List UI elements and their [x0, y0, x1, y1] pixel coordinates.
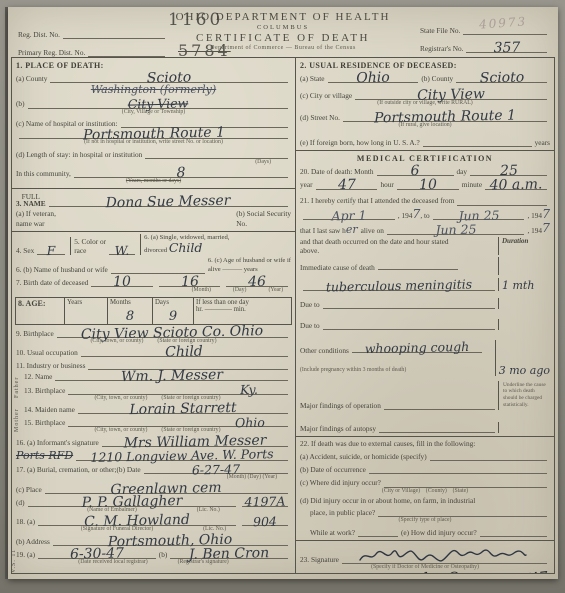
embalmer-field: P. P. Gallagher [28, 496, 236, 507]
last-saw-year-digit: 7 [542, 222, 550, 235]
alive-on-label: alive on [361, 226, 384, 235]
age-days-value: 9 [169, 309, 177, 324]
registrar-sig-field: J. Ben Cron [170, 548, 288, 559]
injury-place-field [378, 506, 547, 517]
community-field: 8 [74, 167, 288, 178]
certificate-title: CERTIFICATE OF DEATH [128, 32, 438, 44]
residence-county-value: Scioto [479, 71, 524, 86]
header-title-block: OHIO DEPARTMENT OF HEALTH COLUMBUS CERTI… [128, 11, 438, 51]
age-box: 8. AGE: Years Months8 Days9 If less than… [15, 297, 292, 325]
immediate-cause-value: tuberculous meningitis [326, 279, 472, 295]
accident-field [430, 450, 547, 461]
industry-label: 11. Industry or business [16, 361, 85, 370]
duration-cell [498, 257, 550, 275]
date-signed-value: 6/26/47 [493, 570, 548, 573]
death-day-label: day [457, 167, 468, 176]
other-conditions-label: Other conditions [300, 346, 349, 355]
year-prefix-3: , 194 [527, 226, 542, 235]
sex-field: F [37, 244, 65, 255]
death-hour-value: 10 [419, 177, 437, 191]
autopsy-field [379, 422, 495, 433]
birthdate-month: 10 [113, 275, 131, 289]
fd-address-label: (b) Address [16, 537, 50, 546]
due-to-2-field [323, 319, 495, 330]
age-days-cell: Days9 [152, 298, 193, 324]
residence-county-label: (b) County [421, 74, 453, 83]
hospital-value: Portsmouth Route 1 [82, 126, 224, 143]
father-name-field: Wm. J. Messer [55, 370, 288, 381]
hospital-field-2: Portsmouth Route 1 [19, 128, 288, 139]
injury-place-label-2: place, in public place? [300, 508, 375, 517]
birthplace-label: 9. Birthplace [16, 329, 54, 338]
other-conditions-field: whooping cough [352, 342, 482, 353]
full-name-field: Dona Sue Messer [49, 196, 288, 207]
death-year-label: year [300, 180, 313, 189]
other-conditions-sub: (Include pregnancy within 3 months of de… [300, 367, 406, 373]
registrar-no-label: Registrar's No. [420, 44, 463, 53]
death-date-label: 20. Date of death: Month [300, 167, 374, 176]
immediate-cause-field: tuberculous meningitis [303, 278, 495, 291]
certificate-scan: 1160 OHIO DEPARTMENT OF HEALTH COLUMBUS … [8, 7, 558, 579]
at-work-field [358, 526, 398, 537]
state-file-label: State File No. [420, 26, 460, 35]
informant-label: 16. (a) Informant's signature [16, 438, 99, 447]
attended-to-field: Jun 25 [433, 209, 525, 220]
bureau-label: Department of Commerce — Bureau of the C… [128, 45, 438, 51]
informant-address-strike: Ports RFD [16, 450, 73, 461]
medical-certification-title: MEDICAL CERTIFICATION [357, 154, 493, 163]
foreign-born-field [423, 136, 532, 147]
stay-field [145, 148, 288, 159]
residence-city-value: City View [417, 88, 485, 103]
stay-label: (d) Length of stay: in hospital or insti… [16, 150, 142, 159]
residence-state-field: Ohio [328, 72, 419, 83]
father-name-label: 12. Name [24, 372, 52, 381]
residence-street-label: (d) Street No. [300, 113, 340, 122]
county-label: (a) County [16, 74, 47, 83]
father-birthplace-label: 13. Birthplace [24, 386, 65, 395]
last-saw-value: Jun 25 [435, 224, 476, 237]
received-label: 19. (a) [16, 550, 35, 559]
immediate-cause-label: Immediate cause of death [300, 263, 375, 272]
color-race-label: 5. Color orrace [70, 237, 106, 255]
accident-label: (a) Accident, suicide, or homicide (spec… [300, 452, 427, 461]
section-divider [12, 231, 295, 232]
husband-wife-label: 6. (b) Name of husband or wife [16, 265, 108, 274]
fd-address-field: Portsmouth, Ohio [53, 535, 288, 546]
right-column: 2. USUAL RESIDENCE OF DECEASED: (a) Stat… [295, 58, 554, 573]
full-name-label: FULL3. NAME [16, 193, 46, 208]
injury-where-sub: (City or Village) (County) (State) [382, 488, 468, 494]
mother-birthplace-value: Ohio [235, 417, 265, 430]
her-handwritten: er [346, 224, 358, 235]
funeral-director-lic-value: 904 [253, 516, 277, 529]
due-1-duration-cell [498, 298, 550, 309]
birthplace-value: City View Scioto Co. Ohio [81, 324, 264, 342]
reg-dist-label: Reg. Dist. No. [18, 30, 60, 39]
external-causes-title: 22. If death was due to external causes,… [300, 439, 475, 448]
parents-block: Father Mother 12. NameWm. J. Messer 13. … [16, 370, 291, 433]
burial-date-value: 6-27-47 [192, 463, 240, 477]
left-column: V.S. 11 1. PLACE OF DEATH: (a) CountySci… [12, 58, 295, 573]
funeral-director-value: C. M. Howland [84, 513, 190, 529]
physician-address-value: W. Portsmouth - O [322, 571, 460, 573]
attended-to-value: Jun 25 [458, 209, 499, 222]
due-to-1-field [323, 298, 495, 309]
place-of-death-title: 1. PLACE OF DEATH: [16, 61, 104, 70]
informant-field: Mrs William Messer [102, 436, 288, 447]
duration-header: Duration [498, 237, 550, 255]
other-conditions-value: whooping cough [364, 341, 469, 356]
birthdate-month-field: 10 [91, 276, 153, 287]
residence-street-field: Portsmouth Route 1 [343, 111, 547, 122]
death-hour-label: hour [380, 180, 393, 189]
section-divider [12, 188, 295, 189]
death-minute-label: minute [462, 180, 482, 189]
mother-birthplace-label: 15. Birthplace [24, 418, 65, 427]
injury-where-label: (c) Where did injury occur? [300, 478, 381, 487]
years-label: years [535, 138, 550, 147]
husband-wife-field [111, 263, 205, 274]
section-divider [296, 540, 554, 541]
community-value: 8 [176, 166, 185, 180]
occupation-label: 10. Usual occupation [16, 348, 78, 357]
ssn-label: (b) Social SecurityNo. [236, 209, 291, 227]
year-sub: (Year) [268, 287, 283, 293]
attended-from-value: Apr 1 [331, 209, 366, 222]
day-sub: (Day) [233, 287, 247, 293]
occupation-field: Child [81, 346, 288, 357]
residence-state-label: (a) State [300, 74, 325, 83]
age-years-cell: Years [64, 298, 107, 324]
other-duration-cell: 3 mo ago [495, 340, 550, 376]
due-to-1-label: Due to [300, 300, 320, 309]
stay-sub: (Days) [255, 159, 271, 165]
physician-signature-label: 23. Signature [300, 555, 339, 564]
birthdate-day: 16 [181, 275, 199, 289]
spouse-age-label: 6. (c) Age of husband or wife ifalive ——… [208, 257, 291, 273]
last-saw-field: Jun 25 [387, 224, 525, 235]
section-divider [296, 436, 554, 437]
birthdate-year: 46 [248, 275, 266, 289]
community-label: In this community, [16, 169, 71, 178]
occurrence-date-label: (b) Date of occurrence [300, 465, 366, 474]
occupation-value: Child [165, 345, 203, 360]
burial-date-field: 6-27-47 [144, 463, 288, 474]
burial-date-label: (b) Date [117, 465, 141, 474]
burial-place-field: Greenlawn cem [45, 483, 288, 494]
father-birthplace-field: Ky. [68, 384, 288, 395]
death-minute-value: 40 a.m. [489, 177, 542, 192]
full-name-value: Dona Sue Messer [106, 194, 231, 211]
attended-to-year-digit: 7 [542, 208, 550, 221]
attended-from-field: Apr 1 [303, 209, 395, 220]
reg-dist-field [63, 28, 165, 39]
residence-street-value: Portsmouth Route 1 [374, 108, 516, 125]
received-date-field: 6-30-47 [38, 548, 156, 559]
physician-signature [358, 547, 528, 565]
underline-note: Underline the cause to which death shoul… [502, 381, 550, 410]
age-less-than-day-cell: If less than one dayhr. ———— min. [193, 298, 291, 324]
header: 1160 OHIO DEPARTMENT OF HEALTH COLUMBUS … [8, 7, 558, 57]
residence-city-field: City View [355, 89, 547, 100]
birthdate-day-field: 16 [159, 276, 221, 287]
primary-reg-label: Primary Reg. Dist. No. [18, 48, 85, 57]
death-year-value: 47 [337, 177, 355, 191]
year-prefix-1: , 194 [398, 211, 413, 220]
age-label: 8. AGE: [16, 298, 64, 324]
received-date-value: 6-30-47 [70, 547, 124, 562]
residence-county-field: Scioto [456, 72, 547, 83]
attended-from-year-digit: 7 [412, 208, 420, 221]
registrar-no-field: 357 [466, 42, 547, 53]
mother-maiden-value: Lorain Starrett [129, 401, 236, 417]
death-year-field: 47 [316, 179, 378, 190]
formerly-note: Washington (formerly) [91, 84, 216, 95]
age-months-cell: Months8 [107, 298, 152, 324]
injury-place-label: (d) Did injury occur in or about home, o… [300, 496, 475, 505]
birthdate-year-field: 46 [226, 276, 288, 287]
color-race-value: W. [115, 245, 130, 258]
funeral-director-field: C. M. Howland [38, 515, 236, 526]
autopsy-label: Major findings of autopsy [300, 424, 376, 433]
death-minute-field: 40 a.m. [485, 179, 547, 190]
death-day-field: 25 [470, 165, 547, 176]
registration-district-block: Reg. Dist. No. 5784 Primary Reg. Dist. N… [18, 21, 168, 57]
file-number-block: State File No.40973 Registrar's No.357 [420, 17, 550, 53]
veteran-label: (a) If veteran,name war [16, 209, 56, 227]
section-divider [296, 150, 554, 151]
marital-label: 6. (a) Single, widowed, married,divorced… [140, 234, 229, 255]
injury-where-field [384, 477, 547, 488]
sex-value: F [47, 245, 56, 258]
foreign-born-label: (e) If foreign born, how long in U. S. A… [300, 138, 420, 147]
to-label: , to [420, 211, 429, 220]
injury-place-sub: (Specify type of place) [399, 517, 452, 523]
last-saw-label: that I last saw h [300, 226, 346, 235]
death-occurred-text: and that death occurred on the date and … [300, 237, 498, 255]
burial-label: 17. (a) Burial, cremation, or other; [16, 465, 117, 474]
operation-field [384, 399, 495, 410]
father-name-value: Wm. J. Messer [121, 368, 223, 384]
cause-duration-value: 1 mth [502, 280, 534, 291]
autopsy-duration-cell [498, 422, 550, 433]
father-bp-sub1: (City, town, or county) [95, 395, 148, 401]
certificate-form: V.S. 11 1. PLACE OF DEATH: (a) CountySci… [11, 57, 555, 574]
registrar-sig-value: J. Ben Cron [189, 546, 270, 562]
residence-city-label: (c) City or village [300, 91, 352, 100]
year-prefix-2: , 194 [527, 211, 542, 220]
embalmer-lic-value: 4197A [244, 496, 285, 509]
registrar-number: 357 [493, 41, 520, 56]
sex-label: 4. Sex [16, 246, 34, 255]
father-label: Father [14, 377, 20, 398]
usual-residence-title: 2. USUAL RESIDENCE OF DECEASED: [300, 61, 457, 70]
mother-maiden-label: 14. Maiden name [24, 405, 75, 414]
embalmer-value: P. P. Gallagher [81, 494, 182, 510]
cause-duration-cell: 1 mth [498, 278, 550, 291]
registrar-sig-label: (b) [159, 550, 168, 559]
embalmer-lic-field: 4197A [242, 496, 288, 507]
informant-address-field: 1210 Longview Ave. W. Ports [76, 450, 288, 461]
operation-label: Major findings of operation [300, 401, 381, 410]
primary-reg-field [88, 46, 165, 57]
attended-from-lead [457, 195, 547, 206]
burial-place-label: (c) Place [16, 485, 42, 494]
city-village-label: (b) [16, 99, 25, 108]
other-duration-value: 3 mo ago [499, 365, 550, 376]
how-injury-field [480, 526, 547, 537]
county-field: Scioto [50, 72, 288, 83]
how-injury-label: (e) How did injury occur? [401, 528, 477, 537]
color-race-field: W. [109, 244, 135, 255]
immediate-cause-lead [378, 259, 458, 270]
city-village-value: City View [127, 97, 188, 111]
residence-state-value: Ohio [356, 71, 390, 86]
birthplace-field: City View Scioto Co. Ohio [57, 327, 288, 338]
due-2-duration-cell [498, 319, 550, 330]
certify-line1: 21. I hereby certify that I attended the… [300, 196, 454, 205]
funeral-director-label: 18. (a) [16, 517, 35, 526]
mother-bp-sub1: (City, town, or county) [95, 427, 148, 433]
mother-birthplace-field: Ohio [68, 416, 288, 427]
death-month-field: 6 [377, 165, 454, 176]
mother-label: Mother [14, 409, 20, 433]
occurrence-date-field [369, 463, 547, 474]
community-sub: (Years, months or days) [126, 178, 181, 184]
father-birthplace-value: Ky. [240, 384, 258, 397]
embalmer-lic-sub: (Lic. No.) [197, 507, 220, 513]
embalmer-label: (d) [16, 498, 25, 507]
department-title: OHIO DEPARTMENT OF HEALTH [128, 11, 438, 23]
physician-signature-field [342, 547, 547, 564]
underline-note-cell: Underline the cause to which death shoul… [498, 381, 550, 410]
age-months-value: 8 [126, 309, 134, 324]
due-to-2-label: Due to [300, 321, 320, 330]
funeral-director-lic-field: 904 [242, 515, 288, 526]
at-work-label: While at work? [300, 528, 355, 537]
columbus-label: COLUMBUS [128, 24, 438, 31]
city-village-field: City View [28, 98, 288, 109]
death-hour-field: 10 [397, 179, 459, 190]
state-file-number: 40973 [478, 14, 527, 31]
birthdate-label: 7. Birth date of deceased [16, 278, 88, 287]
state-file-field: 40973 [463, 24, 547, 35]
mother-maiden-field: Lorain Starrett [78, 403, 288, 414]
marital-value: Child [169, 240, 203, 255]
